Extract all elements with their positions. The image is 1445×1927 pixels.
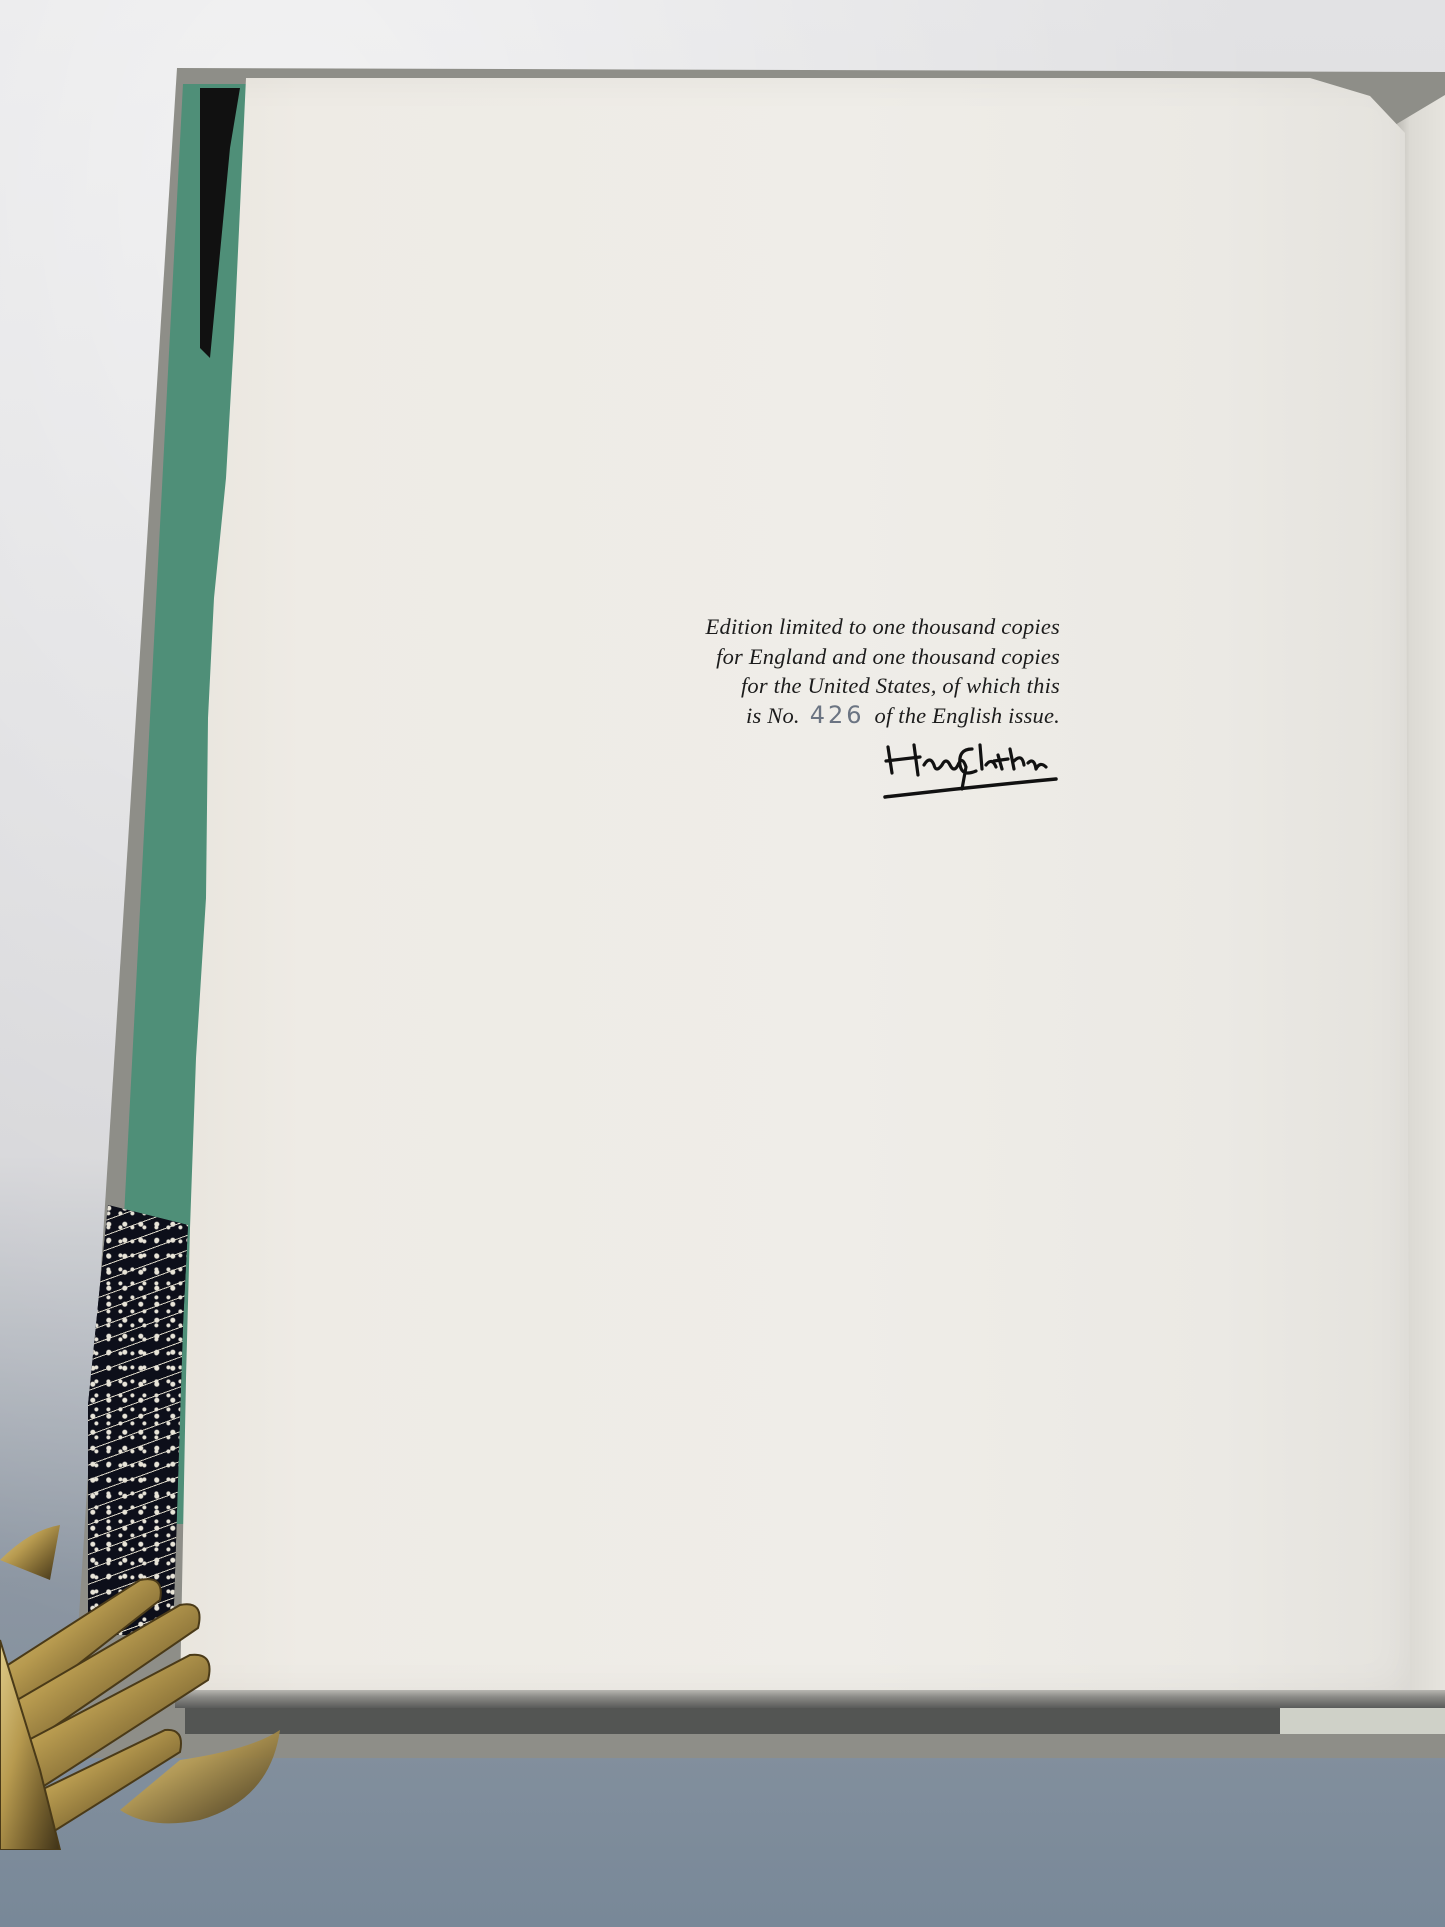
cover-edge-light bbox=[1280, 1708, 1445, 1734]
number-suffix: of the English issue. bbox=[875, 703, 1060, 728]
limitation-statement: Edition limited to one thousand copies f… bbox=[660, 612, 1060, 730]
statement-line-3: for the United States, of which this bbox=[660, 671, 1060, 701]
statement-line-1: Edition limited to one thousand copies bbox=[660, 612, 1060, 642]
number-prefix: is No. bbox=[746, 703, 800, 728]
page-block-edge bbox=[175, 1690, 1445, 1708]
signature: Harry Clarke bbox=[880, 735, 1060, 805]
statement-line-2: for England and one thousand copies bbox=[660, 642, 1060, 672]
statement-line-4: is No.426of the English issue. bbox=[660, 701, 1060, 731]
cover-edge-dark bbox=[185, 1708, 1280, 1734]
limitation-page bbox=[150, 78, 1410, 1693]
brass-hand-bookend bbox=[0, 1520, 300, 1850]
copy-number: 426 bbox=[800, 701, 875, 729]
